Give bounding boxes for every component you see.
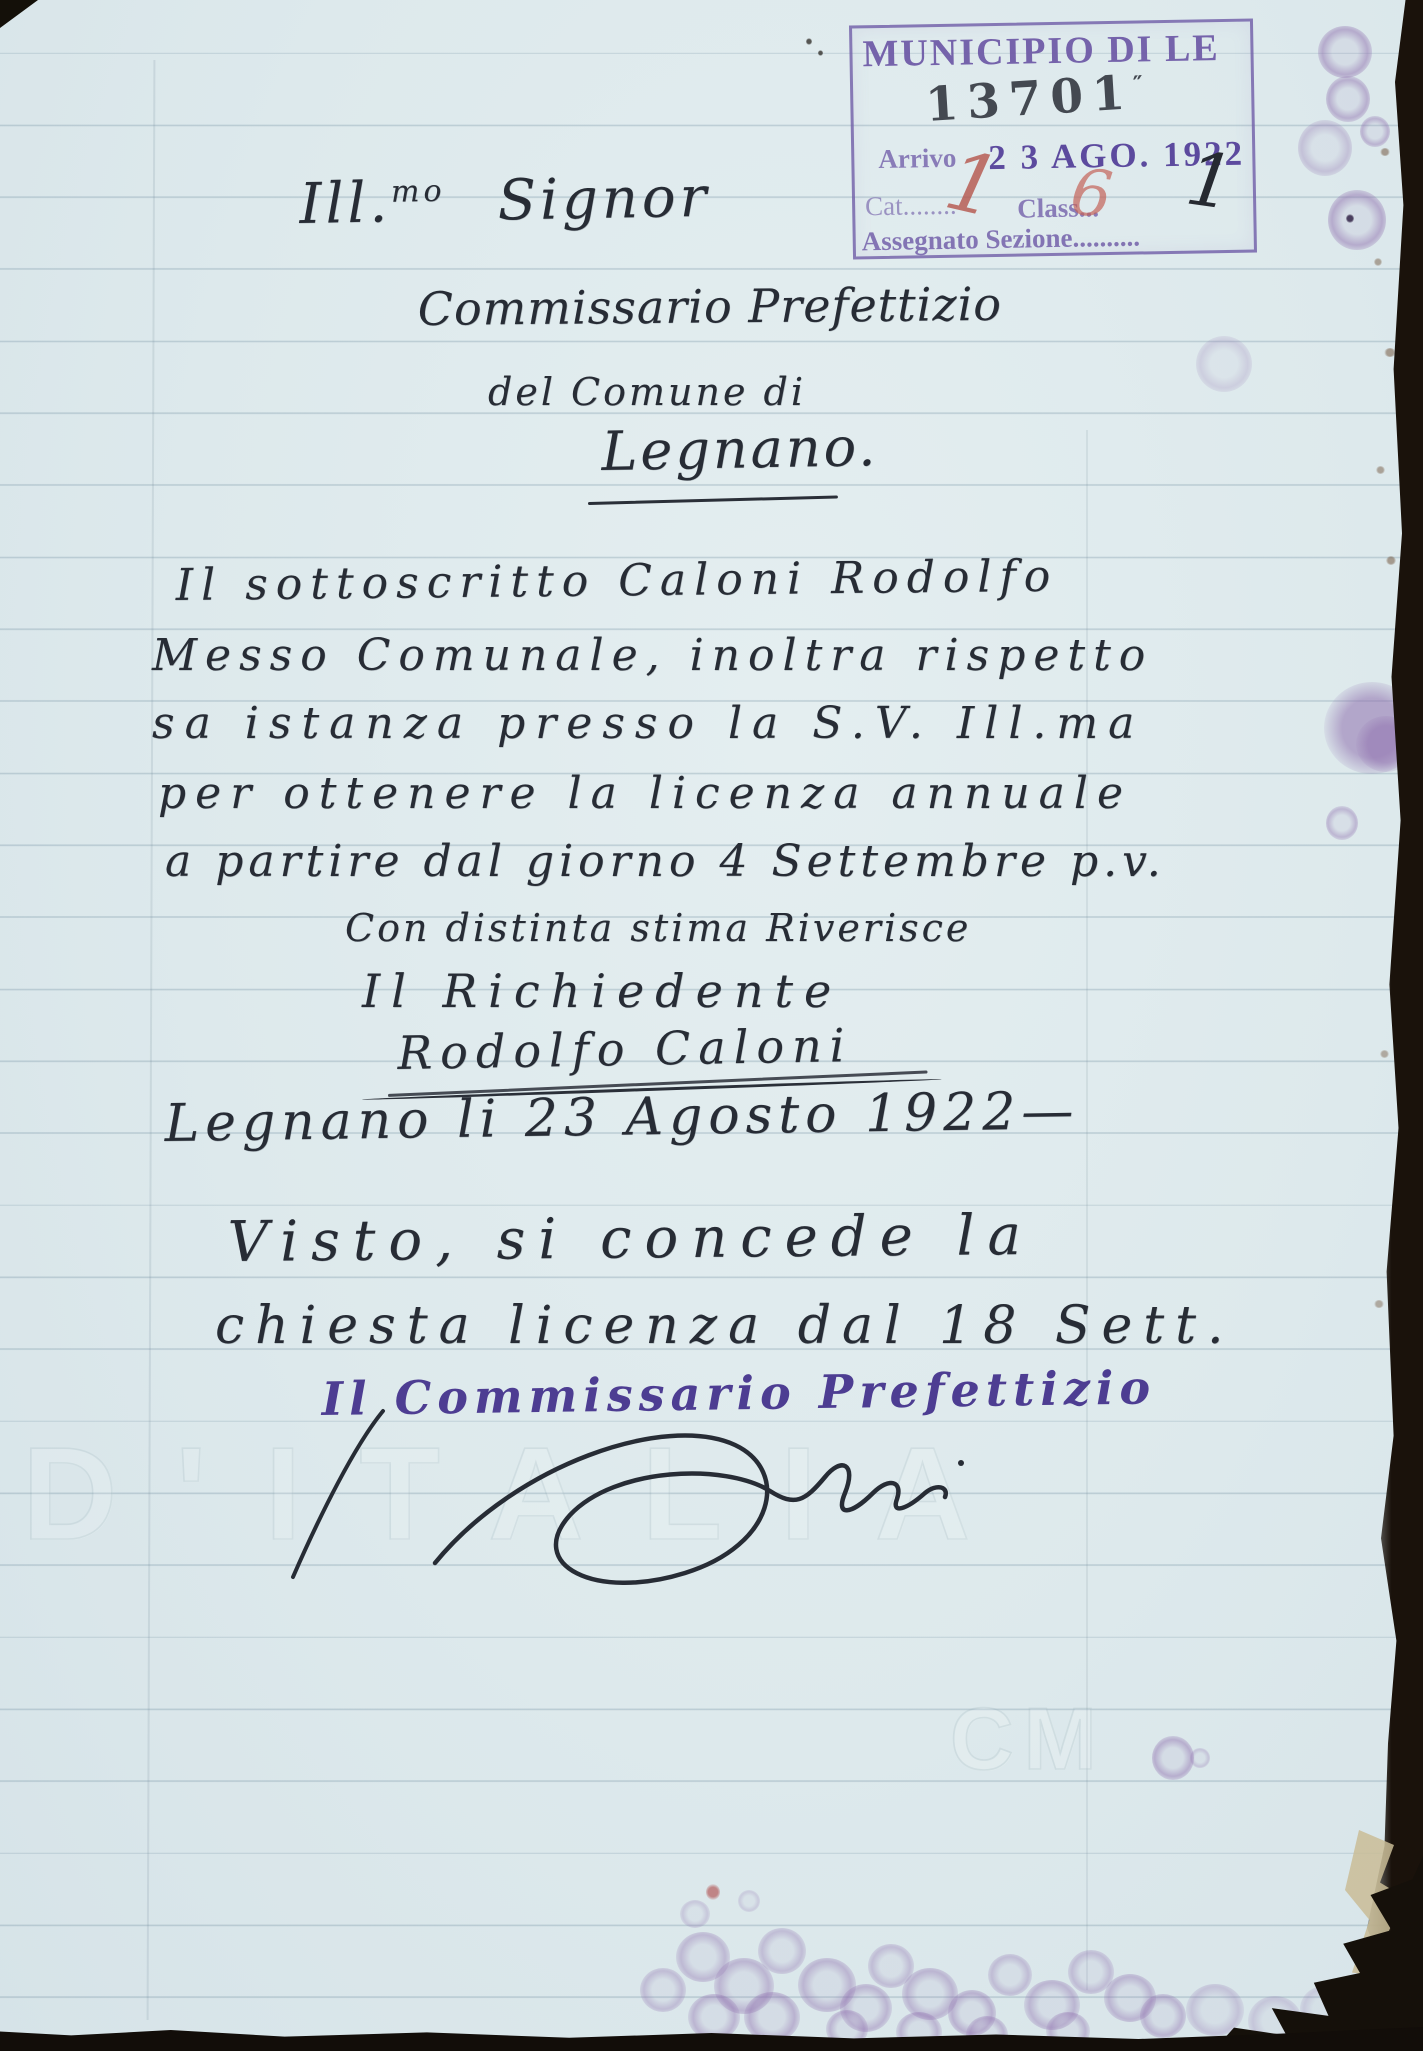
ink-blot	[688, 1994, 740, 2040]
municipal-registry-stamp: MUNICIPIO DI LE 13701″ Arrivo 2 3 AGO. 1…	[849, 18, 1257, 259]
ink-blot	[1248, 1996, 1302, 2046]
ink-blot	[758, 1928, 806, 1974]
ink-speck	[706, 1884, 720, 1900]
photo-background: D'ITALIA CM MUNICIPIO DI LE 13701″ Arriv…	[0, 0, 1423, 2051]
ink-blot	[640, 1968, 686, 2012]
body-line-1: Il sottoscritto Caloni Rodolfo	[175, 551, 1058, 611]
ink-blot	[1152, 1736, 1194, 1780]
header-comune-line: del Comune di	[488, 370, 806, 414]
ink-speck	[806, 38, 812, 45]
ink-blot	[798, 1958, 856, 2012]
grant-line-1: Visto, si concede la	[227, 1203, 1034, 1275]
official-signature	[285, 1405, 985, 1590]
ink-blot	[744, 1992, 800, 2042]
header-office-line: Commissario Prefettizio	[418, 277, 1003, 336]
ink-speck	[1324, 682, 1420, 774]
signature-dot	[958, 1460, 964, 1466]
addressee-line: Ill.moSignor	[299, 165, 711, 237]
ink-blot	[1024, 1980, 1080, 2030]
ink-speck	[1356, 716, 1416, 772]
body-line-2: Messo Comunale, inoltra rispetto	[152, 630, 1153, 681]
closing-line: Con distinta stima Riverisce	[345, 906, 971, 950]
ink-blot	[738, 1890, 760, 1912]
ink-speck	[1374, 258, 1382, 266]
ink-blot	[680, 1900, 710, 1928]
ink-blot	[1104, 1974, 1156, 2022]
ink-blot	[1298, 120, 1352, 176]
stamp-municipality-label: MUNICIPIO DI LE	[862, 26, 1220, 76]
ink-blot	[1402, 648, 1423, 688]
ink-blot	[896, 2012, 942, 2051]
handwritten-sezione-value: 1	[1182, 141, 1239, 221]
signature-loop	[435, 1436, 946, 1583]
addressee-abbr: Ill.	[299, 170, 392, 237]
dateline: Legnano li 23 Agosto 1922—	[164, 1081, 1080, 1154]
ink-speck	[1380, 1050, 1389, 1058]
ink-blot	[1360, 116, 1390, 147]
ink-blot	[1326, 76, 1370, 122]
ink-blot	[1300, 1986, 1348, 2032]
ink-blot	[1046, 2012, 1090, 2050]
ink-blot	[840, 1984, 892, 2032]
ink-speck	[1384, 348, 1396, 357]
ink-speck	[1408, 694, 1416, 702]
ink-blot	[1326, 806, 1358, 840]
ink-blot	[1196, 336, 1252, 392]
signature-upstroke	[293, 1411, 383, 1577]
ink-blot	[1140, 1994, 1186, 2038]
ink-blot	[902, 1968, 958, 2020]
ink-speck	[1380, 148, 1390, 156]
watermark-monogram: CM	[950, 1688, 1107, 1790]
ink-blot	[1318, 26, 1372, 78]
paper-crease-left	[147, 60, 156, 2020]
body-line-3: sa istanza presso la S.V. Ill.ma	[152, 698, 1144, 749]
ink-blot	[1186, 1984, 1244, 2036]
ink-blot	[988, 1954, 1032, 1996]
body-line-4: per ottenere la licenza annuale	[158, 768, 1132, 819]
ink-blot	[966, 2016, 1008, 2051]
ink-blot	[868, 1944, 914, 1988]
ink-blot	[1068, 1950, 1114, 1994]
stamp-protocol-number: 13701″	[924, 65, 1145, 133]
header-city-underline	[588, 495, 838, 505]
body-line-5: a partire dal giorno 4 Settembre p.v.	[165, 836, 1166, 887]
ink-blot	[948, 1990, 996, 2036]
handwritten-class-value: 6	[1067, 160, 1115, 228]
requester-label: Il Richiedente	[362, 964, 842, 1018]
ink-blot	[1190, 1748, 1210, 1768]
stamp-arrivo-label: Arrivo	[878, 143, 956, 175]
header-city: Legnano.	[601, 415, 879, 483]
ink-speck	[1386, 556, 1396, 565]
ink-speck	[818, 50, 823, 56]
addressee-name: Signor	[497, 165, 711, 234]
ink-blot	[714, 1958, 774, 2014]
document-page: D'ITALIA CM MUNICIPIO DI LE 13701″ Arriv…	[0, 0, 1423, 2051]
protocol-number-text: 13701	[924, 65, 1135, 133]
ink-blot	[1328, 190, 1386, 250]
ink-speck	[1374, 1300, 1384, 1308]
ink-speck	[1376, 466, 1385, 474]
grant-line-2: chiesta licenza dal 18 Sett.	[215, 1296, 1235, 1356]
requester-signature: Rodolfo Caloni	[397, 1018, 853, 1080]
addressee-superscript: mo	[391, 174, 446, 210]
ink-blot	[826, 2010, 868, 2048]
ink-blot	[676, 1932, 730, 1982]
ink-speck	[1346, 214, 1354, 223]
protocol-mark: ″	[1132, 71, 1143, 98]
